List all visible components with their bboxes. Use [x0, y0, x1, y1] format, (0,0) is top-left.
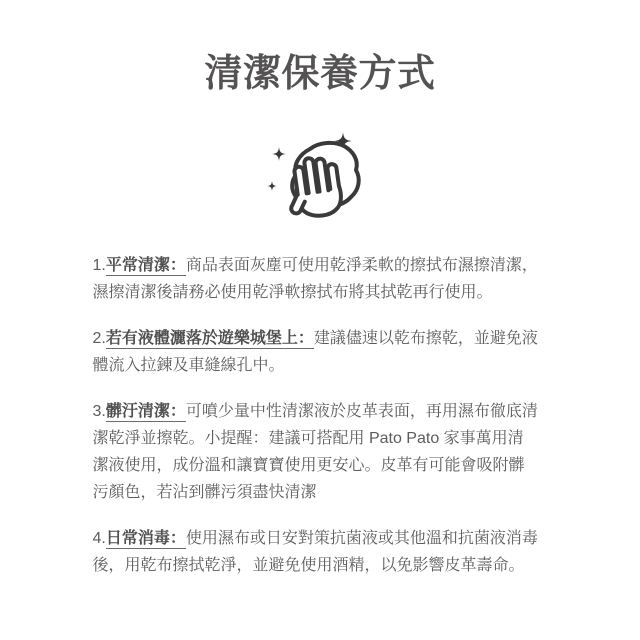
sparkle-icon	[272, 147, 286, 161]
care-paragraph: 3.髒汙清潔：可噴少量中性清潔液於皮革表面，再用濕布徹底清 潔乾淨並擦乾。小提醒…	[93, 398, 548, 506]
sparkle-icon	[267, 181, 277, 191]
care-paragraph: 2.若有液體灑落於遊樂城堡上：建議儘速以乾布擦乾，並避免液 體流入拉鍊及車縫線孔…	[93, 325, 548, 379]
paragraph-lead: 日常消毒：	[106, 530, 186, 549]
care-paragraph: 1.平常清潔：商品表面灰塵可使用乾淨柔軟的擦拭布濕擦清潔， 濕擦清潔後請務必使用…	[93, 252, 548, 306]
paragraph-number: 1.	[93, 257, 106, 274]
cleaning-hand-icon	[264, 128, 376, 232]
paragraph-lead: 髒汙清潔：	[106, 403, 186, 422]
page-title: 清潔保養方式	[0, 0, 640, 98]
paragraph-lead: 若有液體灑落於遊樂城堡上：	[106, 330, 314, 349]
paragraph-number: 3.	[93, 403, 106, 420]
care-instructions-page: 清潔保養方式 1.平常清潔：商品表面灰塵可使用乾淨柔軟的擦拭布濕擦清潔， 濕擦清…	[0, 0, 640, 640]
icon-container	[0, 128, 640, 232]
paragraph-number: 4.	[93, 530, 106, 547]
care-instructions-list: 1.平常清潔：商品表面灰塵可使用乾淨柔軟的擦拭布濕擦清潔， 濕擦清潔後請務必使用…	[93, 252, 548, 579]
care-paragraph: 4.日常消毒：使用濕布或日安對策抗菌液或其他溫和抗菌液消毒 後，用乾布擦拭乾淨，…	[93, 525, 548, 579]
paragraph-number: 2.	[93, 330, 106, 347]
paragraph-lead: 平常清潔：	[106, 257, 186, 276]
